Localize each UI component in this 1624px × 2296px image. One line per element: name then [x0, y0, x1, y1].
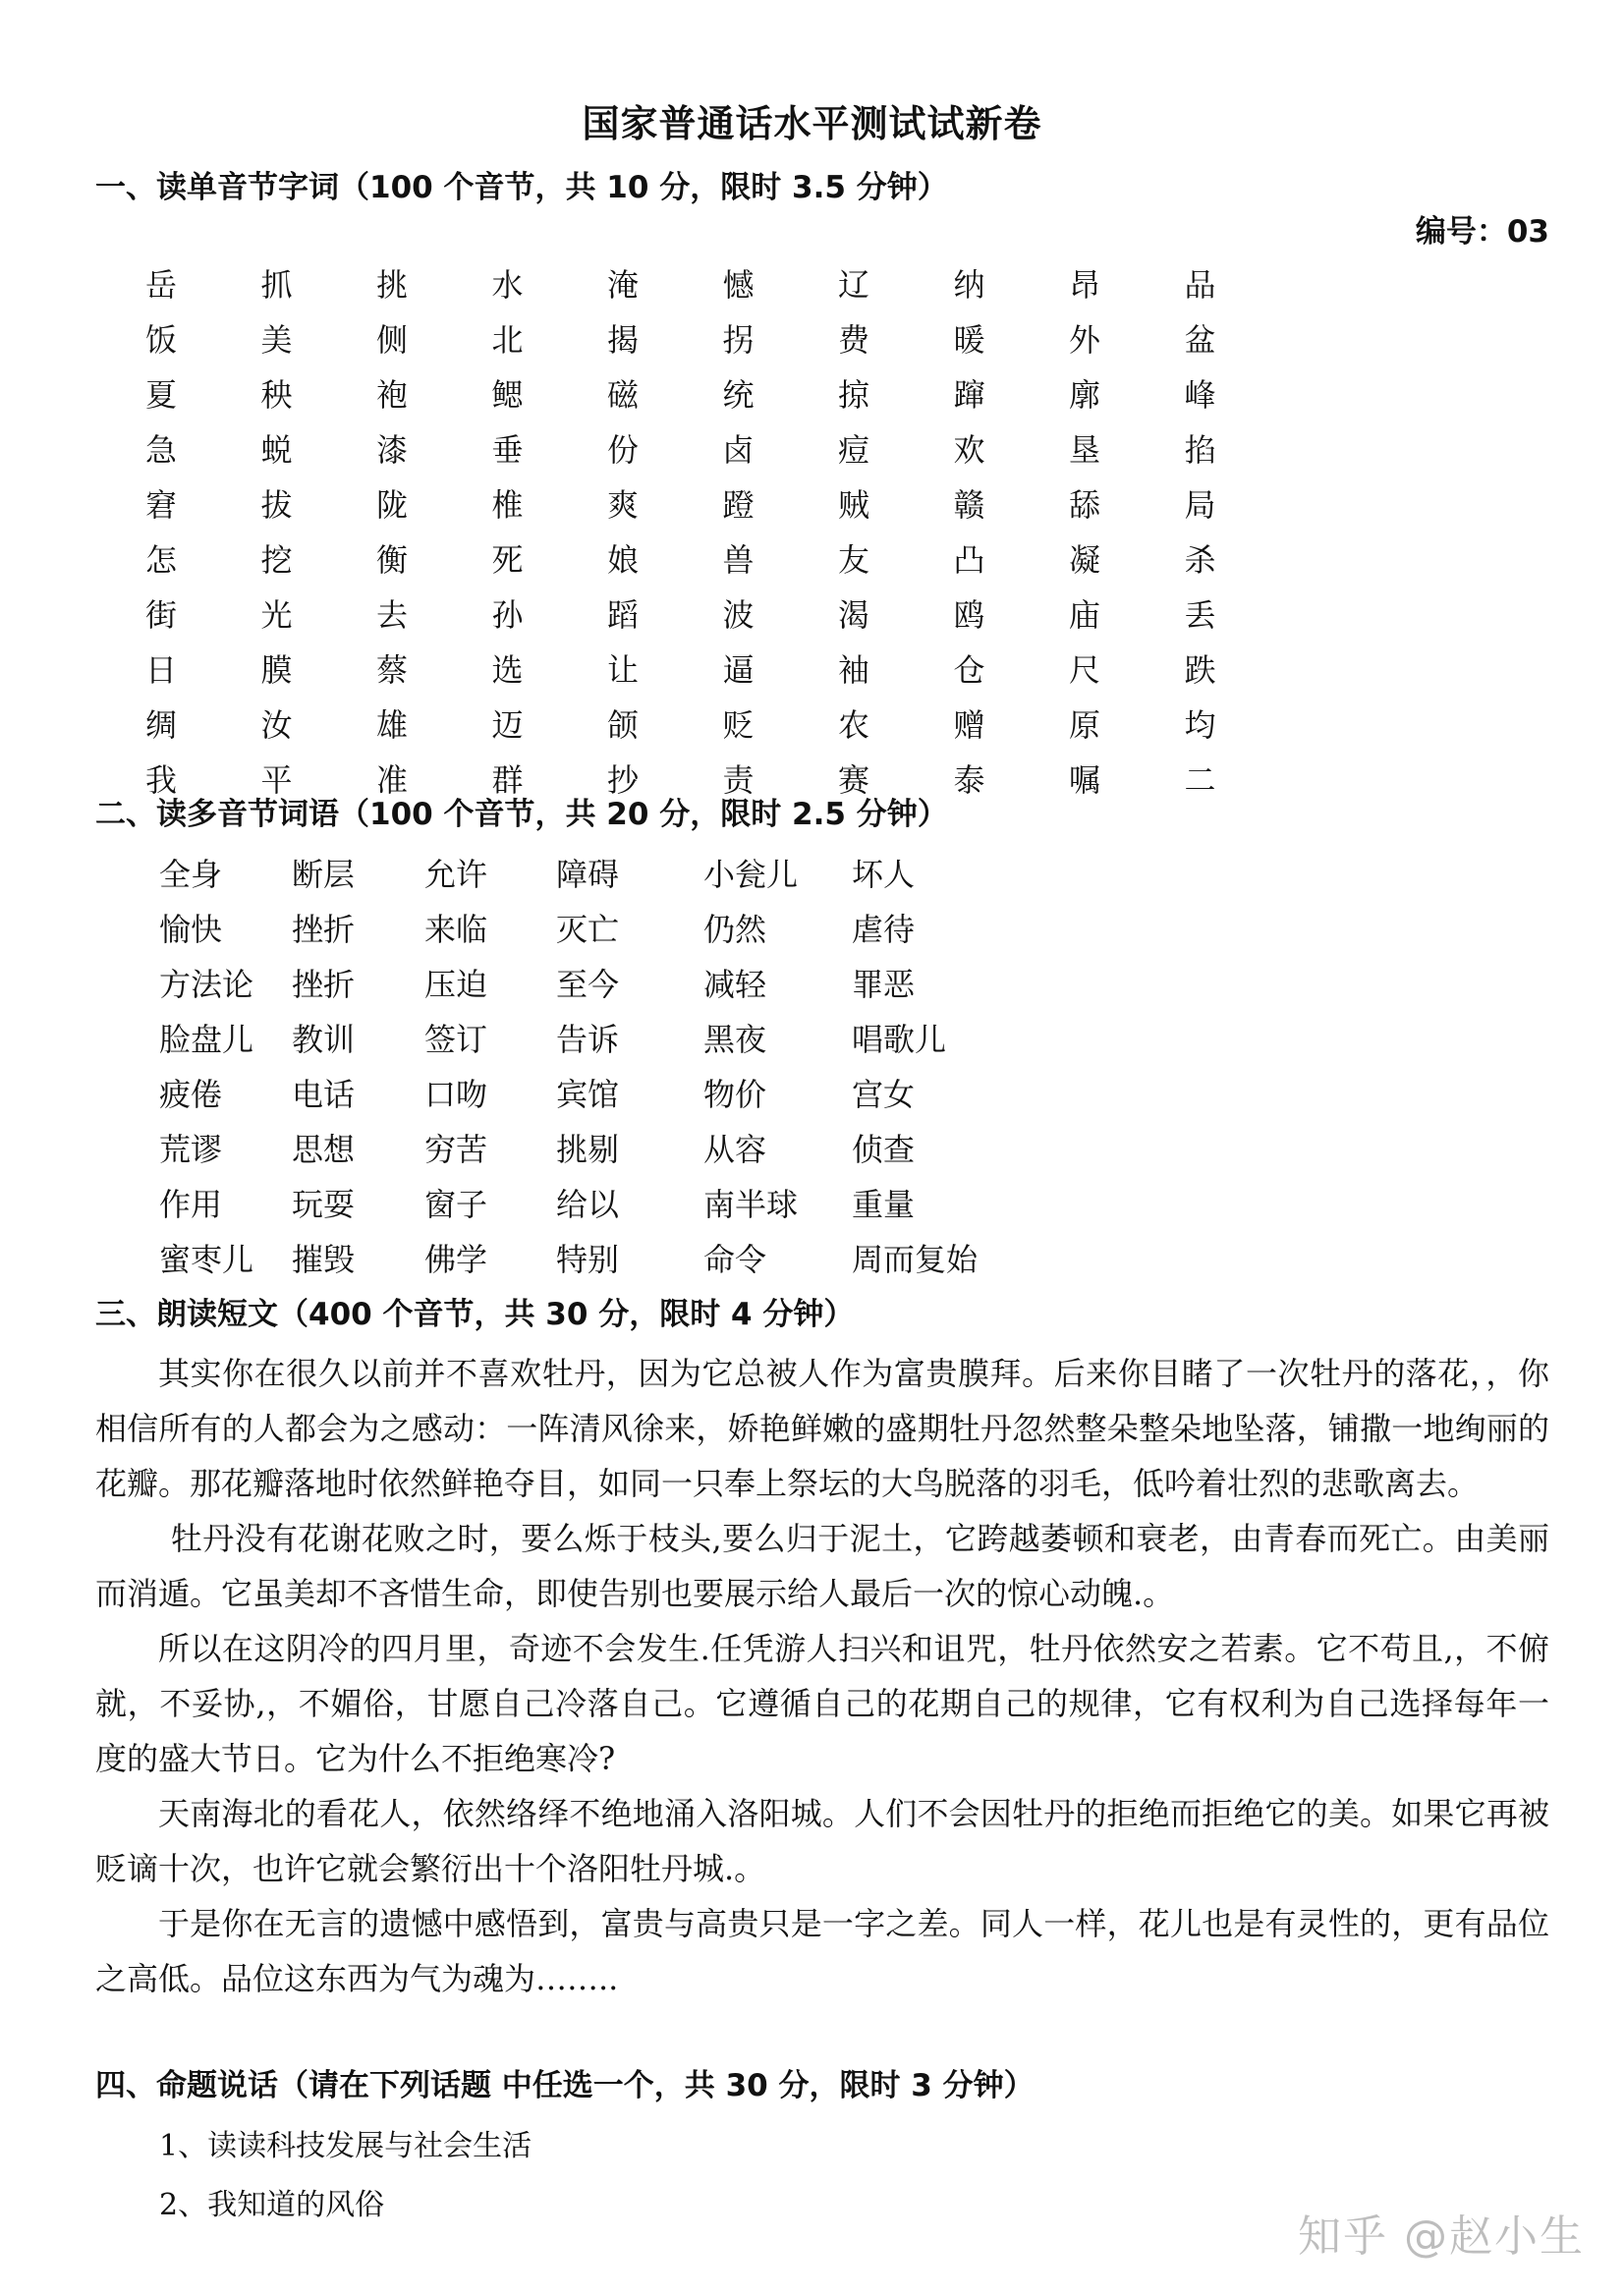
word-cell: 口吻: [424, 1067, 556, 1122]
syllable-cell: 波: [723, 588, 839, 643]
syllable-cell: 美: [261, 312, 377, 367]
syllable-cell: 友: [838, 532, 954, 588]
syllable-cell: 死: [492, 532, 608, 588]
word-cell: 来临: [424, 902, 556, 957]
multi-syllable-grid: 全身断层允许障碍小瓮儿坏人愉快挫折来临灭亡仍然虐待方法论挫折压迫至今减轻罪恶脸盘…: [159, 847, 1009, 1287]
word-cell: 坏人: [852, 847, 1009, 902]
syllable-cell: 跌: [1185, 643, 1301, 698]
syllable-cell: 揭: [607, 312, 723, 367]
syllable-cell: 统: [723, 367, 839, 422]
syllable-cell: 渴: [838, 588, 954, 643]
word-cell: 命令: [703, 1232, 852, 1287]
word-cell: 宫女: [852, 1067, 1009, 1122]
syllable-cell: 憾: [723, 257, 839, 312]
syllable-cell: 暖: [954, 312, 1070, 367]
syllable-cell: 庙: [1069, 588, 1185, 643]
syllable-cell: 岳: [145, 257, 261, 312]
syllable-cell: 垂: [492, 422, 608, 477]
word-cell: 电话: [292, 1067, 424, 1122]
word-cell: 物价: [703, 1067, 852, 1122]
word-cell: 挑剔: [556, 1122, 703, 1177]
syllable-cell: 汝: [261, 698, 377, 753]
syllable-cell: 费: [838, 312, 954, 367]
syllable-cell: 嘱: [1069, 753, 1185, 808]
syllable-cell: 怎: [145, 532, 261, 588]
syllable-cell: 贼: [838, 477, 954, 532]
syllable-cell: 街: [145, 588, 261, 643]
word-cell: 愉快: [159, 902, 292, 957]
word-cell: 虐待: [852, 902, 1009, 957]
syllable-cell: 品: [1185, 257, 1301, 312]
syllable-cell: 拔: [261, 477, 377, 532]
syllable-cell: 兽: [723, 532, 839, 588]
syllable-cell: 蹬: [723, 477, 839, 532]
syllable-cell: 蔡: [376, 643, 492, 698]
watermark: 知乎 @赵小生: [1298, 2201, 1585, 2264]
syllable-cell: 日: [145, 643, 261, 698]
syllable-cell: 蜕: [261, 422, 377, 477]
syllable-cell: 泰: [954, 753, 1070, 808]
syllable-cell: 饭: [145, 312, 261, 367]
syllable-cell: 赠: [954, 698, 1070, 753]
paper-code-label: 编号：03: [1416, 206, 1549, 251]
syllable-cell: 卤: [723, 422, 839, 477]
word-cell: 签订: [424, 1012, 556, 1067]
syllable-cell: 垦: [1069, 422, 1185, 477]
word-cell: 教训: [292, 1012, 424, 1067]
syllable-cell: 窘: [145, 477, 261, 532]
word-cell: 至今: [556, 957, 703, 1012]
syllable-cell: 陇: [376, 477, 492, 532]
word-cell: 玩耍: [292, 1177, 424, 1232]
word-cell: 挫折: [292, 957, 424, 1012]
word-cell: 重量: [852, 1177, 1009, 1232]
word-cell: 仍然: [703, 902, 852, 957]
syllable-cell: 辽: [838, 257, 954, 312]
word-cell: 佛学: [424, 1232, 556, 1287]
syllable-cell: 让: [607, 643, 723, 698]
syllable-cell: 去: [376, 588, 492, 643]
syllable-cell: 赣: [954, 477, 1070, 532]
topic-item: 2、我知道的风俗: [159, 2176, 532, 2235]
word-cell: 穷苦: [424, 1122, 556, 1177]
word-cell: 荒谬: [159, 1122, 292, 1177]
syllable-cell: 份: [607, 422, 723, 477]
topic-list: 1、读读科技发展与社会生活 2、我知道的风俗: [159, 2117, 532, 2235]
syllable-cell: 挖: [261, 532, 377, 588]
syllable-cell: 磁: [607, 367, 723, 422]
passage-paragraph: 于是你在无言的遗憾中感悟到，富贵与高贵只是一字之差。同人一样，花儿也是有灵性的，…: [95, 1896, 1549, 2006]
part2-heading: 二、读多音节词语（100 个音节，共 20 分，限时 2.5 分钟）: [95, 789, 948, 833]
syllable-cell: 蹿: [954, 367, 1070, 422]
word-cell: 脸盘儿: [159, 1012, 292, 1067]
passage-paragraph: 所以在这阴冷的四月里，奇迹不会发生.任凭游人扫兴和诅咒，牡丹依然安之若素。它不苟…: [95, 1621, 1549, 1786]
syllable-cell: 夏: [145, 367, 261, 422]
syllable-cell: 娘: [607, 532, 723, 588]
word-cell: 思想: [292, 1122, 424, 1177]
syllable-cell: 绸: [145, 698, 261, 753]
syllable-cell: 逼: [723, 643, 839, 698]
word-cell: 摧毁: [292, 1232, 424, 1287]
word-cell: 窗子: [424, 1177, 556, 1232]
word-cell: 允许: [424, 847, 556, 902]
syllable-cell: 二: [1185, 753, 1301, 808]
syllable-cell: 光: [261, 588, 377, 643]
syllable-cell: 农: [838, 698, 954, 753]
syllable-cell: 痘: [838, 422, 954, 477]
syllable-cell: 鸥: [954, 588, 1070, 643]
word-cell: 灭亡: [556, 902, 703, 957]
document-title: 国家普通话水平测试试新卷: [0, 93, 1624, 147]
syllable-cell: 抓: [261, 257, 377, 312]
syllable-cell: 爽: [607, 477, 723, 532]
syllable-cell: 雄: [376, 698, 492, 753]
syllable-cell: 衡: [376, 532, 492, 588]
syllable-cell: 淹: [607, 257, 723, 312]
syllable-cell: 贬: [723, 698, 839, 753]
word-cell: 断层: [292, 847, 424, 902]
syllable-cell: 挑: [376, 257, 492, 312]
syllable-cell: 椎: [492, 477, 608, 532]
part4-heading: 四、命题说话（请在下列话题 中任选一个，共 30 分，限时 3 分钟）: [95, 2060, 1035, 2104]
syllable-cell: 凝: [1069, 532, 1185, 588]
passage-paragraph: 其实你在很久以前并不喜欢牡丹，因为它总被人作为富贵膜拜。后来你目睹了一次牡丹的落…: [95, 1346, 1549, 1511]
word-cell: 宾馆: [556, 1067, 703, 1122]
word-cell: 罪恶: [852, 957, 1009, 1012]
syllable-cell: 仓: [954, 643, 1070, 698]
word-cell: 给以: [556, 1177, 703, 1232]
single-syllable-grid: 岳抓挑水淹憾辽纳昂品饭美侧北揭拐费暖外盆夏秧袍鳃磁统掠蹿廓峰急蜕漆垂份卤痘欢垦掐…: [145, 257, 1300, 808]
word-cell: 特别: [556, 1232, 703, 1287]
syllable-cell: 急: [145, 422, 261, 477]
syllable-cell: 舔: [1069, 477, 1185, 532]
syllable-cell: 纳: [954, 257, 1070, 312]
word-cell: 从容: [703, 1122, 852, 1177]
syllable-cell: 外: [1069, 312, 1185, 367]
word-cell: 小瓮儿: [703, 847, 852, 902]
syllable-cell: 漆: [376, 422, 492, 477]
syllable-cell: 秧: [261, 367, 377, 422]
word-cell: 减轻: [703, 957, 852, 1012]
syllable-cell: 拐: [723, 312, 839, 367]
word-cell: 黑夜: [703, 1012, 852, 1067]
part3-heading: 三、朗读短文（400 个音节，共 30 分，限时 4 分钟）: [95, 1289, 854, 1333]
part1-heading: 一、读单音节字词（100 个音节，共 10 分，限时 3.5 分钟）: [95, 162, 948, 206]
word-cell: 障碍: [556, 847, 703, 902]
syllable-cell: 凸: [954, 532, 1070, 588]
word-cell: 挫折: [292, 902, 424, 957]
syllable-cell: 侧: [376, 312, 492, 367]
syllable-cell: 袍: [376, 367, 492, 422]
syllable-cell: 昂: [1069, 257, 1185, 312]
syllable-cell: 杀: [1185, 532, 1301, 588]
syllable-cell: 廓: [1069, 367, 1185, 422]
syllable-cell: 膜: [261, 643, 377, 698]
syllable-cell: 局: [1185, 477, 1301, 532]
syllable-cell: 原: [1069, 698, 1185, 753]
syllable-cell: 掐: [1185, 422, 1301, 477]
syllable-cell: 欢: [954, 422, 1070, 477]
syllable-cell: 尺: [1069, 643, 1185, 698]
word-cell: 疲倦: [159, 1067, 292, 1122]
passage-paragraph: 天南海北的看花人，依然络绎不绝地涌入洛阳城。人们不会因牡丹的拒绝而拒绝它的美。如…: [95, 1786, 1549, 1896]
word-cell: 周而复始: [852, 1232, 1009, 1287]
topic-item: 1、读读科技发展与社会生活: [159, 2117, 532, 2176]
syllable-cell: 孙: [492, 588, 608, 643]
syllable-cell: 丢: [1185, 588, 1301, 643]
word-cell: 告诉: [556, 1012, 703, 1067]
reading-passage: 其实你在很久以前并不喜欢牡丹，因为它总被人作为富贵膜拜。后来你目睹了一次牡丹的落…: [95, 1346, 1549, 2006]
syllable-cell: 盆: [1185, 312, 1301, 367]
syllable-cell: 峰: [1185, 367, 1301, 422]
syllable-cell: 颌: [607, 698, 723, 753]
syllable-cell: 掠: [838, 367, 954, 422]
word-cell: 全身: [159, 847, 292, 902]
word-cell: 蜜枣儿: [159, 1232, 292, 1287]
syllable-cell: 选: [492, 643, 608, 698]
word-cell: 侦查: [852, 1122, 1009, 1177]
syllable-cell: 鳃: [492, 367, 608, 422]
word-cell: 方法论: [159, 957, 292, 1012]
syllable-cell: 北: [492, 312, 608, 367]
word-cell: 南半球: [703, 1177, 852, 1232]
syllable-cell: 水: [492, 257, 608, 312]
syllable-cell: 蹈: [607, 588, 723, 643]
syllable-cell: 袖: [838, 643, 954, 698]
syllable-cell: 迈: [492, 698, 608, 753]
syllable-cell: 均: [1185, 698, 1301, 753]
word-cell: 作用: [159, 1177, 292, 1232]
word-cell: 压迫: [424, 957, 556, 1012]
passage-paragraph: 牡丹没有花谢花败之时，要么烁于枝头,要么归于泥土，它跨越萎顿和衰老，由青春而死亡…: [95, 1511, 1549, 1621]
word-cell: 唱歌儿: [852, 1012, 1009, 1067]
